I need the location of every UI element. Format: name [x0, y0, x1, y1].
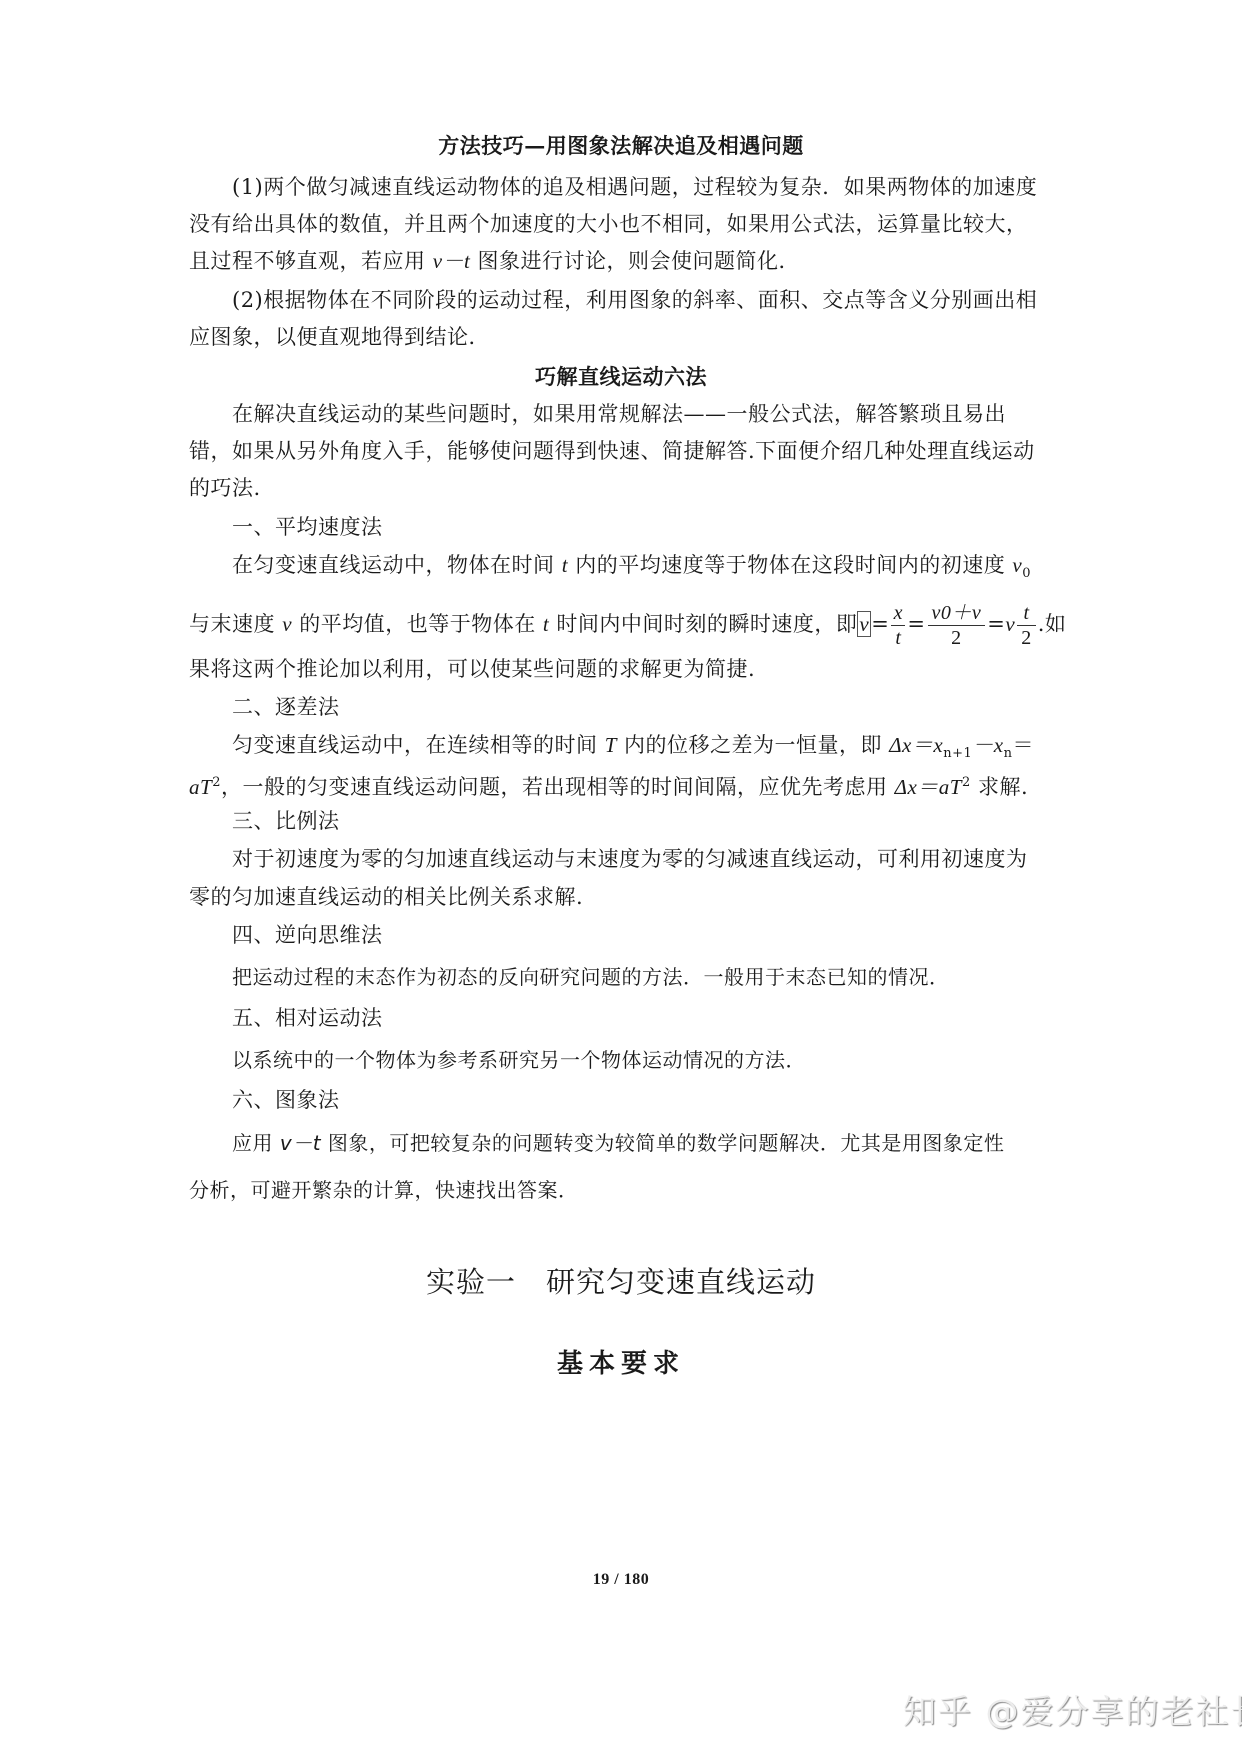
- math-vt: v－t: [280, 1131, 321, 1155]
- paragraph-line: 没有给出具体的数值，并且两个加速度的大小也不相同，如果用公式法，运算量比较大，: [189, 209, 1028, 239]
- paragraph-line: 零的匀加速直线运动的相关比例关系求解.: [189, 882, 583, 912]
- math-vt: v－t: [433, 249, 471, 273]
- text-span: 与末速度: [189, 612, 282, 636]
- text-span: 图象，可把较复杂的问题转变为较简单的数学问题解决．尤其是用图象定性: [321, 1131, 1004, 1155]
- text-span: 内的平均速度等于物体在这段时间内的初速度: [568, 553, 1012, 577]
- experiment-title: 实验一 研究匀变速直线运动: [0, 1262, 1242, 1302]
- math-equals: ＝: [1012, 733, 1034, 757]
- paragraph-line: 对于初速度为零的匀加速直线运动与末速度为零的匀减速直线运动，可利用初速度为: [232, 844, 1028, 874]
- page-number: 19 / 180: [0, 1565, 1242, 1595]
- math-v: v: [282, 612, 292, 636]
- math-aT: aT: [189, 775, 212, 799]
- paragraph-line: 把运动过程的末态作为初态的反向研究问题的方法．一般用于末态已知的情况．: [232, 962, 950, 992]
- method-heading-successive-difference: 二、逐差法: [232, 692, 340, 722]
- paragraph-line: 应用 v－t 图象，可把较复杂的问题转变为较简单的数学问题解决．尤其是用图象定性: [232, 1128, 1004, 1158]
- watermark: 知乎 @爱分享的老社长: [903, 1686, 1242, 1733]
- paragraph-line: 果将这两个推论加以利用，可以使某些问题的求解更为简捷.: [189, 654, 755, 684]
- math-equals: =: [871, 612, 889, 636]
- fraction-denominator: t: [891, 626, 905, 650]
- text-span: 且过程不够直观，若应用: [189, 249, 433, 273]
- fraction-x-over-t: xt: [891, 601, 905, 650]
- paragraph-line: 的巧法.: [189, 473, 261, 503]
- fraction-numerator: v0＋v: [928, 601, 986, 626]
- paragraph-line: 匀变速直线运动中，在连续相等的时间 T 内的位移之差为一恒量，即 Δx＝xn+1…: [232, 730, 1034, 769]
- fraction-numerator: t: [1017, 601, 1036, 626]
- paragraph-line: 且过程不够直观，若应用 v－t 图象进行讨论，则会使问题简化．: [189, 246, 800, 276]
- math-delta-x: Δx＝x: [889, 733, 943, 757]
- math-vbar: v: [857, 611, 871, 637]
- paragraph-line: (1)两个做匀减速直线运动物体的追及相遇问题，过程较为复杂．如果两物体的加速度: [232, 172, 1037, 202]
- paragraph-line: (2)根据物体在不同阶段的运动过程，利用图象的斜率、面积、交点等含义分别画出相: [232, 285, 1037, 315]
- document-page: 方法技巧—用图象法解决追及相遇问题 (1)两个做匀减速直线运动物体的追及相遇问题…: [0, 0, 1242, 1756]
- fraction-numerator: x: [891, 601, 905, 626]
- fraction-t-over-2: t2: [1017, 601, 1036, 650]
- text-span: 图象进行讨论，则会使问题简化．: [470, 249, 800, 273]
- paragraph-line: 应图象，以便直观地得到结论．: [189, 322, 490, 352]
- math-subscript: 0: [1022, 566, 1031, 581]
- math-minus-x: －x: [972, 733, 1003, 757]
- text-span: 匀变速直线运动中，在连续相等的时间: [232, 733, 605, 757]
- paragraph-line-with-formula: 与末速度 v 的平均值，也等于物体在 t 时间内中间时刻的瞬时速度，即v=xt=…: [189, 596, 1066, 652]
- text-span: 应用: [232, 1131, 280, 1155]
- math-subscript: n+1: [943, 746, 972, 761]
- math-equals: =: [987, 612, 1005, 636]
- section-title-six-methods: 巧解直线运动六法: [0, 362, 1242, 392]
- experiment-subtitle: 基本要求: [0, 1346, 1242, 1382]
- method-heading-reverse-thinking: 四、逆向思维法: [232, 920, 383, 950]
- section-title-graph-method: 方法技巧—用图象法解决追及相遇问题: [0, 131, 1242, 161]
- paragraph-line: 在解决直线运动的某些问题时，如果用常规解法——一般公式法，解答繁琐且易出: [232, 399, 1006, 429]
- math-v0: v: [1012, 553, 1022, 577]
- text-span: 时间内中间时刻的瞬时速度，即: [549, 612, 857, 636]
- paragraph-line: 分析，可避开繁杂的计算，快速找出答案．: [189, 1175, 579, 1205]
- method-heading-proportion: 三、比例法: [232, 806, 340, 836]
- fraction-denominator: 2: [1017, 626, 1036, 650]
- paragraph-line: 错，如果从另外角度入手，能够使问题得到快速、简捷解答.下面便介绍几种处理直线运动: [189, 436, 1035, 466]
- math-v: v: [1005, 612, 1015, 636]
- math-equals: =: [907, 612, 925, 636]
- text-span: 的平均值，也等于物体在: [292, 612, 543, 636]
- text-span: 在匀变速直线运动中，物体在时间: [232, 553, 562, 577]
- text-span: 内的位移之差为一恒量，即: [617, 733, 889, 757]
- method-heading-relative-motion: 五、相对运动法: [232, 1003, 383, 1033]
- math-superscript: 2: [962, 775, 971, 790]
- math-T: T: [605, 733, 617, 757]
- math-delta-x-aT: Δx＝aT: [895, 775, 962, 799]
- method-heading-average-velocity: 一、平均速度法: [232, 512, 383, 542]
- method-heading-graph: 六、图象法: [232, 1085, 340, 1115]
- paragraph-line: aT2，一般的匀变速直线运动问题，若出现相等的时间间隔，应优先考虑用 Δx＝aT…: [189, 768, 1028, 802]
- paragraph-line: 在匀变速直线运动中，物体在时间 t 内的平均速度等于物体在这段时间内的初速度 v…: [232, 550, 1031, 589]
- text-span: 求解.: [971, 775, 1028, 799]
- paragraph-line: 以系统中的一个物体为参考系研究另一个物体运动情况的方法．: [232, 1045, 806, 1075]
- text-span: ，一般的匀变速直线运动问题，若出现相等的时间间隔，应优先考虑用: [221, 775, 895, 799]
- fraction-denominator: 2: [928, 626, 986, 650]
- text-span: .如: [1038, 612, 1067, 636]
- fraction-v0-plus-v-over-2: v0＋v2: [928, 601, 986, 650]
- math-superscript: 2: [212, 775, 221, 790]
